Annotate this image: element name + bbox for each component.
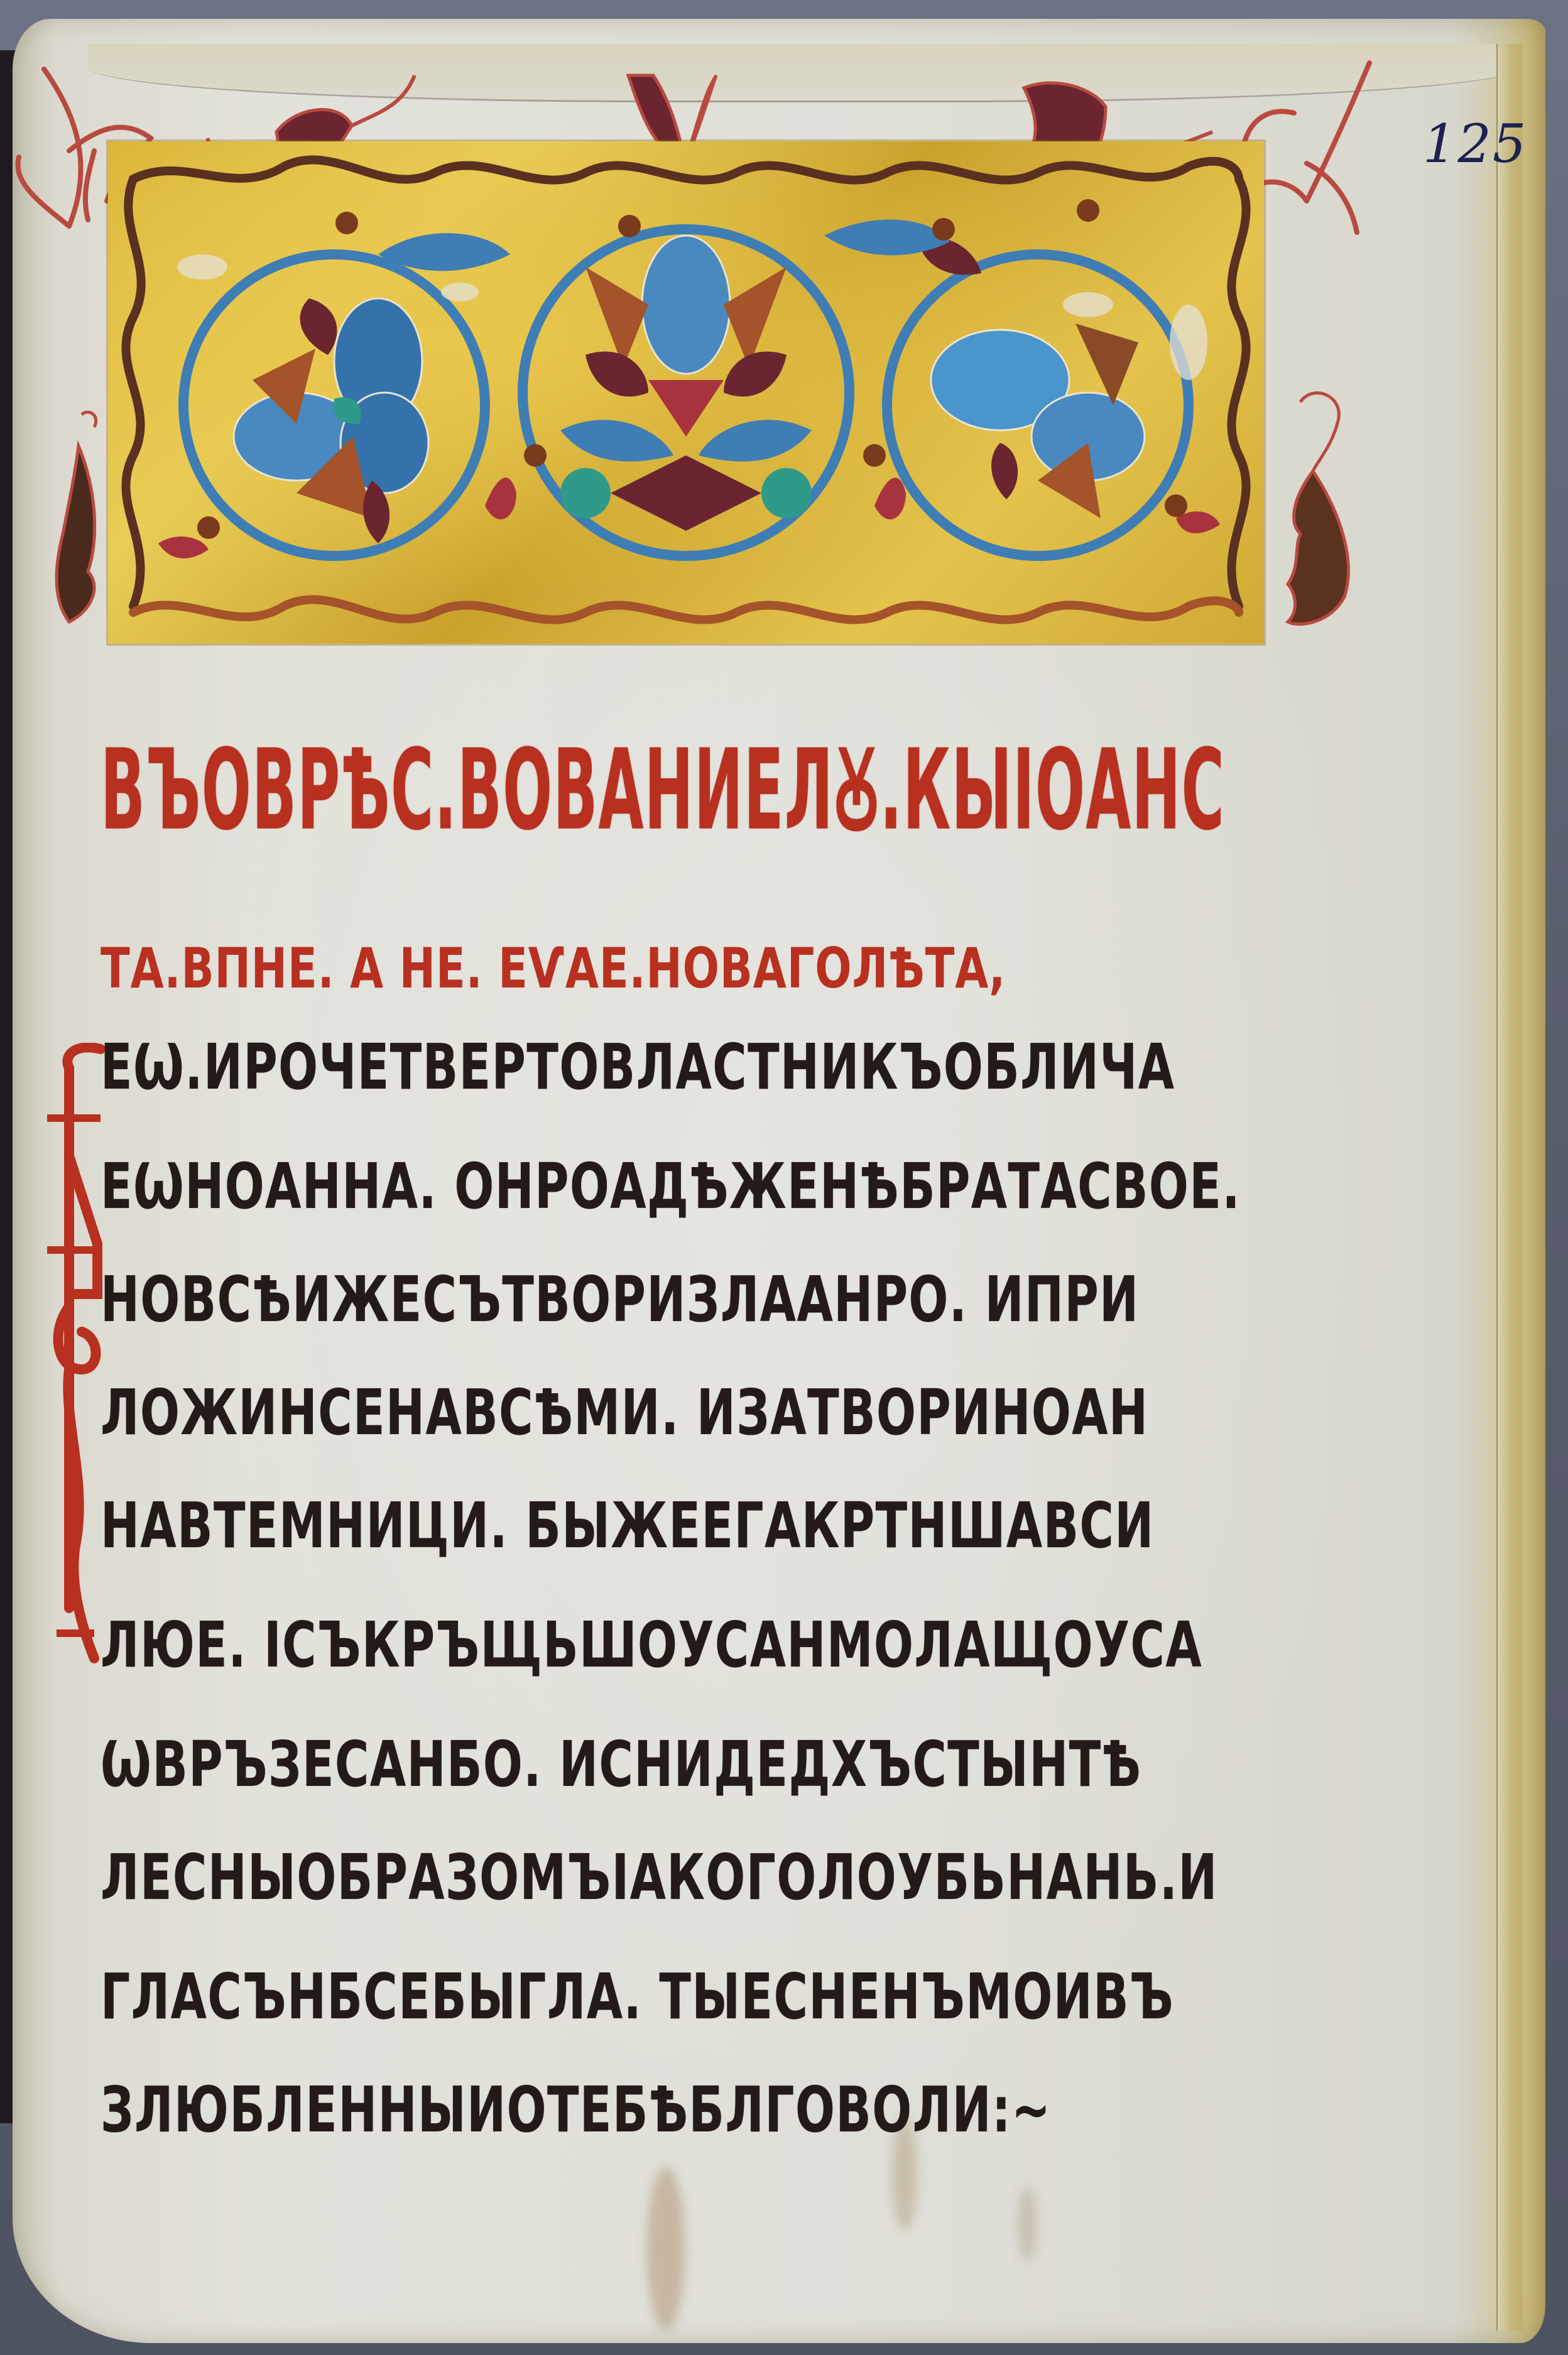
text-line-8: ЛЕСНЫОБРАЗОМЪІАКОГОЛОУБЬНАНЬ.И [101, 1841, 1218, 1914]
water-stain [647, 2167, 685, 2331]
text-line-6: ЛЮЕ. ІСЪКРЪЩЬШОУСАНМОЛАЩОУСА [101, 1608, 1202, 1682]
text-line-9: ГЛАСЪНБСЕБЫГЛА. ТЫЕСНЕНЪМОИВЪ [101, 1960, 1174, 2033]
flame-leaf-left-icon [44, 408, 113, 634]
title-rubric: ВЪОВРѢС.ВОВАНИЕЛꙊ.КЫІОАНС [101, 710, 1225, 861]
tendril-border-bottom-icon [133, 599, 1239, 619]
text-line-2: ЕѠНОАННА. ОНРОАДѢЖЕНѢБРАТАСВОЕ. [101, 1150, 1241, 1223]
text-line-10: ЗЛЮБЛЕННЫИОТЕБѢБЛГОВОЛИ:~ [101, 2073, 1052, 2146]
rubric-line: ТА.ВПНЕ. А НЕ. ЕѴАЕ.НОВАГОЛѢТА, [101, 936, 1006, 1001]
roundel-right-icon [918, 238, 1220, 533]
water-stain [1018, 2186, 1037, 2261]
gilt-page-edge [1496, 44, 1523, 2331]
illuminated-headpiece [108, 141, 1264, 644]
text-line-7: ѠВРЪЗЕСАНБО. ИСНИДЕДХЪСТЫНТѢ [101, 1727, 1141, 1801]
text-line-4: ЛОЖИНСЕНАВСѢМИ. ИЗАТВОРИНОАН [101, 1376, 1148, 1449]
flame-leaf-right-icon [1275, 383, 1357, 634]
text-line-5: НАВТЕМНИЦИ. БЫЖЕЕГАКРТНШАВСИ [101, 1489, 1155, 1562]
red-initial-letter-icon [38, 1043, 107, 1683]
text-line-1: ЕѠ.ИРОЧЕТВЕРТОВЛАСТНИКЪОБЛИЧА [101, 1030, 1175, 1104]
text-line-3: НОВСѢИЖЕСЪТВОРИЗЛААНРО. ИПРИ [101, 1263, 1140, 1336]
